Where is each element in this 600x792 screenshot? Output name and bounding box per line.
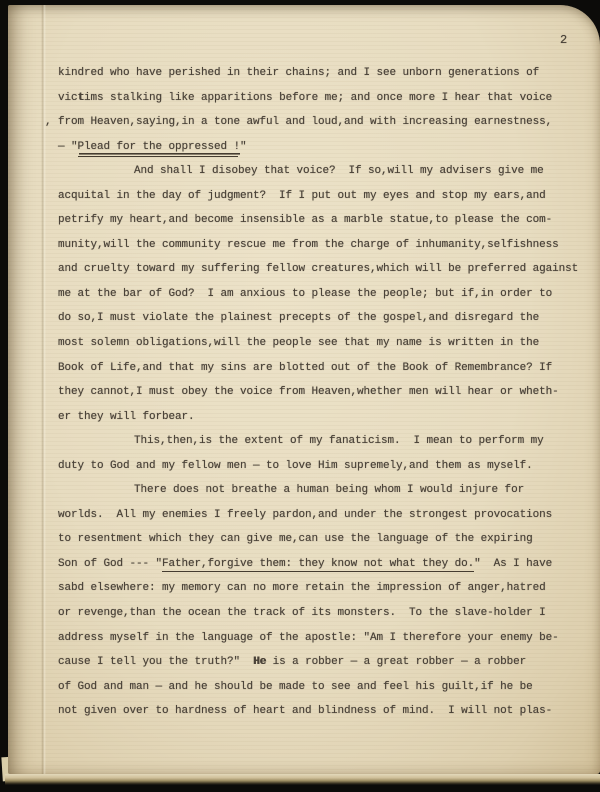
bold-text: He <box>253 656 266 668</box>
text-line: not given over to hardness of heart and … <box>58 699 594 724</box>
text-line: duty to God and my fellow men — to love … <box>58 454 594 479</box>
text-segment: duty to God and my fellow men — to love … <box>58 460 533 472</box>
text-segment: me at the bar of God? I am anxious to pl… <box>58 288 552 300</box>
text-line: munity,will the community rescue me from… <box>58 233 594 258</box>
text-segment: acquital in the day of judgment? If I pu… <box>58 190 546 202</box>
text-line: , from Heaven,saying,in a tone awful and… <box>58 110 594 135</box>
text-line: sabd elsewhere: my memory can no more re… <box>58 576 594 601</box>
text-line: petrify my heart,and become insensible a… <box>58 208 594 233</box>
text-segment: they cannot,I must obey the voice from H… <box>58 386 559 398</box>
text-line: and cruelty toward my suffering fellow c… <box>58 257 594 282</box>
text-segment: worlds. All my enemies I freely pardon,a… <box>58 509 552 521</box>
text-line: Book of Life,and that my sins are blotte… <box>58 356 594 381</box>
text-segment: There does not breathe a human being who… <box>134 484 524 496</box>
text-segment: address myself in the language of the ap… <box>58 632 559 644</box>
text-line: And shall I disobey that voice? If so,wi… <box>58 159 594 184</box>
text-segment: of God and man — and he should be made t… <box>58 681 533 693</box>
text-segment: And shall I disobey that voice? If so,wi… <box>134 165 544 177</box>
text-line: me at the bar of God? I am anxious to pl… <box>58 282 594 307</box>
text-line: acquital in the day of judgment? If I pu… <box>58 184 594 209</box>
text-block: kindred who have perished in their chain… <box>58 61 594 724</box>
text-line: cause I tell you the truth?" He is a rob… <box>58 650 594 675</box>
text-line: kindred who have perished in their chain… <box>58 61 594 86</box>
text-line: worlds. All my enemies I freely pardon,a… <box>58 503 594 528</box>
underlined-text: Father,forgive them: they know not what … <box>162 558 474 572</box>
text-line: Son of God --- "Father,forgive them: the… <box>58 552 594 577</box>
text-segment: petrify my heart,and become insensible a… <box>58 214 552 226</box>
underlined-text: Plead for the oppressed ! <box>78 141 241 158</box>
text-line: of God and man — and he should be made t… <box>58 675 594 700</box>
text-segment: This,then,is the extent of my fanaticism… <box>134 435 544 447</box>
text-segment: ims stalking like apparitions before me;… <box>84 92 552 104</box>
text-segment: kindred who have perished in their chain… <box>58 67 539 79</box>
text-segment: or revenge,than the ocean the track of i… <box>58 607 546 619</box>
text-segment: er they will forbear. <box>58 411 195 423</box>
text-segment: do so,I must violate the plainest precep… <box>58 312 539 324</box>
text-segment: sabd elsewhere: my memory can no more re… <box>58 582 546 594</box>
text-segment: Son of God --- " <box>58 558 162 570</box>
document-page: 2 kindred who have perished in their cha… <box>8 5 600 774</box>
text-line: do so,I must violate the plainest precep… <box>58 306 594 331</box>
text-segment: Book of Life,and that my sins are blotte… <box>58 362 552 374</box>
text-line: victims stalking like apparitions before… <box>58 86 594 111</box>
text-segment: vic <box>58 92 78 104</box>
text-line: — "Plead for the oppressed !" <box>58 135 594 160</box>
text-segment: and cruelty toward my suffering fellow c… <box>58 263 578 275</box>
text-segment: " <box>240 141 247 153</box>
text-line: or revenge,than the ocean the track of i… <box>58 601 594 626</box>
page-stack-edge <box>5 774 600 785</box>
text-line: There does not breathe a human being who… <box>58 478 594 503</box>
text-segment: " As I have <box>474 558 552 570</box>
text-segment: most solemn obligations,will the people … <box>58 337 539 349</box>
text-line: er they will forbear. <box>58 405 594 430</box>
text-segment: munity,will the community rescue me from… <box>58 239 559 251</box>
text-segment: to resentment which they can give me,can… <box>58 533 533 545</box>
text-segment: cause I tell you the truth?" <box>58 656 253 668</box>
text-segment: , from Heaven,saying,in a tone awful and… <box>45 116 552 128</box>
text-line: This,then,is the extent of my fanaticism… <box>58 429 594 454</box>
text-segment: is a robber — a great robber — a robber <box>266 656 526 668</box>
text-line: they cannot,I must obey the voice from H… <box>58 380 594 405</box>
text-line: most solemn obligations,will the people … <box>58 331 594 356</box>
text-line: to resentment which they can give me,can… <box>58 527 594 552</box>
text-segment: — " <box>58 141 78 153</box>
text-line: address myself in the language of the ap… <box>58 626 594 651</box>
text-segment: not given over to hardness of heart and … <box>58 705 552 717</box>
page-number: 2 <box>560 33 567 47</box>
